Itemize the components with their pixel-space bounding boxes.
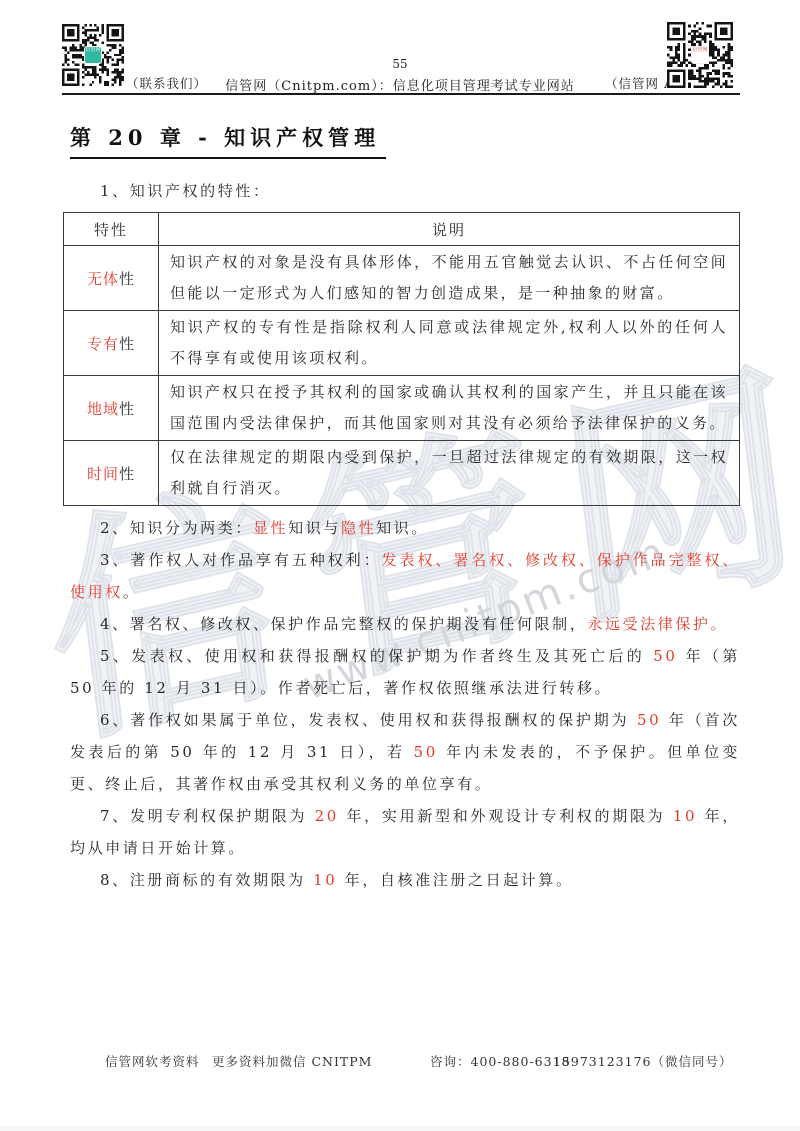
- feature-label: 地域性: [64, 376, 159, 441]
- feature-description: 仅在法律规定的期限内受到保护，一旦超过法律规定的有效期限，这一权利就自行消灭。: [159, 441, 740, 506]
- list-item-4: 4、署名权、修改权、保护作品完整权的保护期没有任何限制，永远受法律保护。: [70, 608, 740, 640]
- list-item-5: 5、发表权、使用权和获得报酬权的保护期为作者终生及其死亡后的 50 年（第 50…: [70, 640, 740, 704]
- chapter-title: 第 20 章 - 知识产权管理: [70, 122, 386, 159]
- feature-description: 知识产权的专有性是指除权利人同意或法律规定外,权利人以外的任何人不得享有或使用该…: [159, 311, 740, 376]
- footer-phone2: 15973123176（微信同号）: [553, 1052, 732, 1070]
- list-item-8: 8、注册商标的有效期限为 10 年，自核准注册之日起计算。: [70, 864, 740, 896]
- page-footer: 信管网软考资料 更多资料加微信 CNITPM 咨询：400-880-6318 1…: [0, 1052, 800, 1072]
- feature-label: 时间性: [64, 441, 159, 506]
- page-edge: [0, 1126, 800, 1131]
- feature-label: 专有性: [64, 311, 159, 376]
- list-item-3: 3、著作权人对作品享有五种权利：发表权、署名权、修改权、保护作品完整权、使用权。: [70, 544, 740, 608]
- list-item-6: 6、著作权如果属于单位，发表权、使用权和获得报酬权的保护期为 50 年（首次发表…: [70, 704, 740, 800]
- intro-line: 1、知识产权的特性：: [70, 179, 740, 203]
- feature-description: 知识产权的对象是没有具体形体，不能用五官触觉去认识、不占任何空间但能以一定形式为…: [159, 246, 740, 311]
- column-header-description: 说明: [159, 213, 740, 246]
- list-item-7: 7、发明专利权保护期限为 20 年，实用新型和外观设计专利权的期限为 10 年，…: [70, 800, 740, 864]
- footer-wechat: 更多资料加微信 CNITPM: [212, 1052, 372, 1070]
- chapter-content: 第 20 章 - 知识产权管理 1、知识产权的特性： 特性 说明 无体性 知识产…: [70, 122, 740, 896]
- table-row: 无体性 知识产权的对象是没有具体形体，不能用五官触觉去认识、不占任何空间但能以一…: [64, 246, 740, 311]
- brand-badge-icon: 信管网: [691, 46, 709, 64]
- footer-phone: 咨询：400-880-6318: [430, 1052, 570, 1070]
- feature-label: 无体性: [64, 246, 159, 311]
- table-row: 专有性 知识产权的专有性是指除权利人同意或法律规定外,权利人以外的任何人不得享有…: [64, 311, 740, 376]
- document-page: 信管网 www.cnitpm.com 信管网 （联系我们） 55 信管网（Cni…: [0, 0, 800, 1131]
- numbered-list: 2、知识分为两类：显性知识与隐性知识。 3、著作权人对作品享有五种权利：发表权、…: [70, 512, 740, 896]
- table-header-row: 特性 说明: [64, 213, 740, 246]
- feature-description: 知识产权只在授予其权利的国家或确认其权利的国家产生，并且只能在该国范围内受法律保…: [159, 376, 740, 441]
- app-qr-code: 信管网: [667, 22, 733, 88]
- footer-brand: 信管网软考资料: [105, 1052, 200, 1070]
- column-header-feature: 特性: [64, 213, 159, 246]
- header-rule: [62, 93, 740, 95]
- table-row: 时间性 仅在法律规定的期限内受到保护，一旦超过法律规定的有效期限，这一权利就自行…: [64, 441, 740, 506]
- list-item-2: 2、知识分为两类：显性知识与隐性知识。: [70, 512, 740, 544]
- ipr-features-table: 特性 说明 无体性 知识产权的对象是没有具体形体，不能用五官触觉去认识、不占任何…: [63, 212, 740, 506]
- table-row: 地域性 知识产权只在授予其权利的国家或确认其权利的国家产生，并且只能在该国范围内…: [64, 376, 740, 441]
